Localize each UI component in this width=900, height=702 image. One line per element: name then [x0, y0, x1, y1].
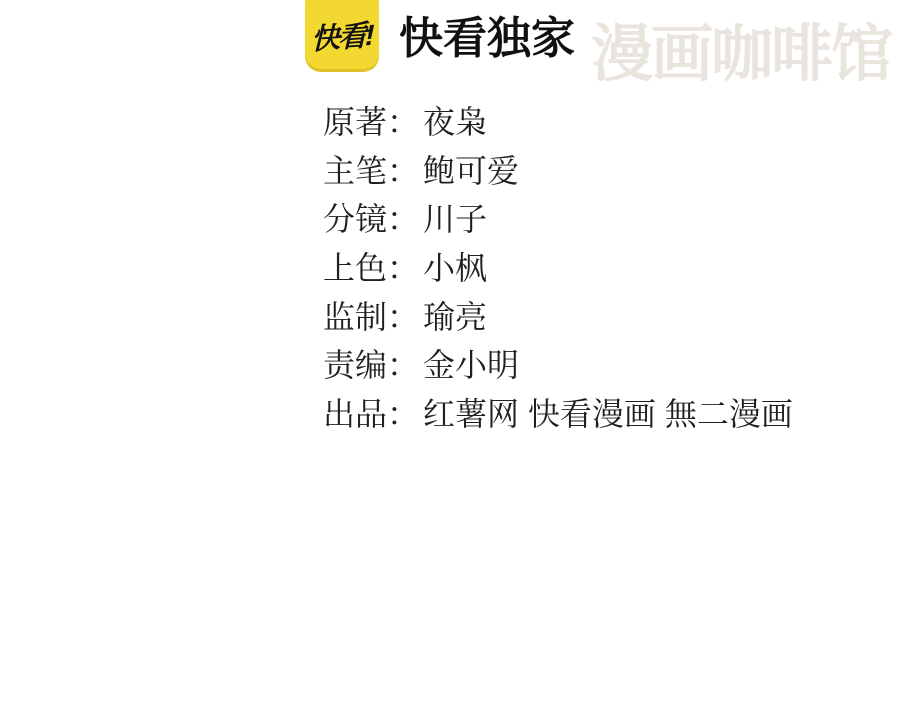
credit-label: 原著: [323, 97, 387, 143]
credit-label: 监制: [323, 292, 387, 338]
credit-value: 瑜亮: [423, 292, 487, 338]
credit-colon: ：: [387, 292, 419, 338]
comic-credits-page: 漫画咖啡馆 快看! 快看独家 原著：夜枭 主笔：鲍可爱 分镜：川子 上色：小枫 …: [0, 0, 900, 702]
credit-row-production: 出品：红薯网 快看漫画 無二漫画: [323, 388, 793, 437]
credit-value: 金小明: [423, 340, 519, 386]
series-title-watermark: 漫画咖啡馆: [591, 4, 891, 93]
credit-label: 主笔: [323, 146, 387, 192]
credit-value: 红薯网 快看漫画 無二漫画: [423, 389, 793, 435]
kuaikan-logo-text: 快看!: [311, 2, 373, 57]
credit-colon: ：: [387, 146, 419, 192]
credit-colon: ：: [387, 194, 419, 240]
credit-value: 鲍可爱: [423, 146, 519, 192]
credit-value: 夜枭: [423, 97, 487, 143]
credit-row-editor: 责编：金小明: [323, 339, 793, 388]
kuaikan-logo-badge: 快看!: [305, 0, 379, 72]
credit-colon: ：: [387, 243, 419, 289]
credits-list: 原著：夜枭 主笔：鲍可爱 分镜：川子 上色：小枫 监制：瑜亮 责编：金小明 出品…: [323, 96, 793, 436]
credit-label: 分镜: [323, 194, 387, 240]
credit-value: 川子: [423, 194, 487, 240]
credit-label: 出品: [323, 389, 387, 435]
credit-label: 责编: [323, 340, 387, 386]
credit-colon: ：: [387, 340, 419, 386]
credit-row-lead-artist: 主笔：鲍可爱: [323, 145, 793, 194]
credit-row-supervisor: 监制：瑜亮: [323, 290, 793, 339]
credit-row-original-author: 原著：夜枭: [323, 96, 793, 145]
credit-value: 小枫: [423, 243, 487, 289]
brand-exclusive-label: 快看独家: [399, 2, 575, 66]
credit-row-coloring: 上色：小枫: [323, 242, 793, 291]
credit-row-storyboard: 分镜：川子: [323, 193, 793, 242]
credit-colon: ：: [387, 97, 419, 143]
credit-colon: ：: [387, 389, 419, 435]
credit-label: 上色: [323, 243, 387, 289]
